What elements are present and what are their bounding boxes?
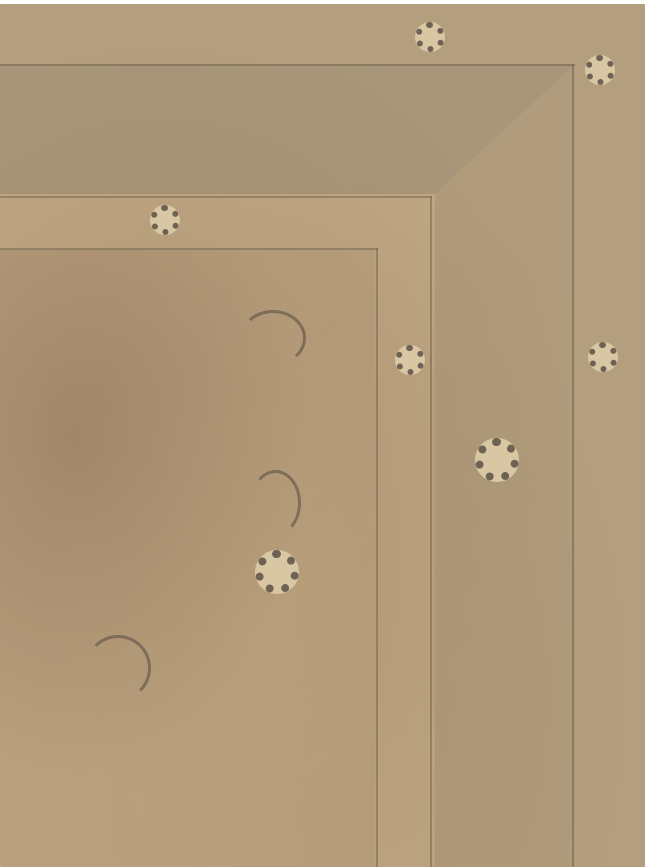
scroll-motif: [85, 635, 151, 701]
rosette-motif: [588, 342, 618, 372]
guard-line: [0, 64, 575, 66]
rosette-motif: [150, 205, 180, 235]
guard-line: [430, 196, 432, 867]
rosette-motif: [415, 22, 445, 52]
rug-field: [0, 250, 375, 867]
guard-line: [376, 248, 378, 867]
rosette-motif: [585, 55, 615, 85]
rosette-motif: [475, 438, 519, 482]
guard-line: [572, 64, 574, 867]
rosette-motif: [255, 550, 299, 594]
rosette-motif: [395, 345, 425, 375]
scroll-motif: [240, 310, 306, 366]
guard-line: [0, 196, 432, 198]
scroll-motif: [250, 470, 301, 536]
